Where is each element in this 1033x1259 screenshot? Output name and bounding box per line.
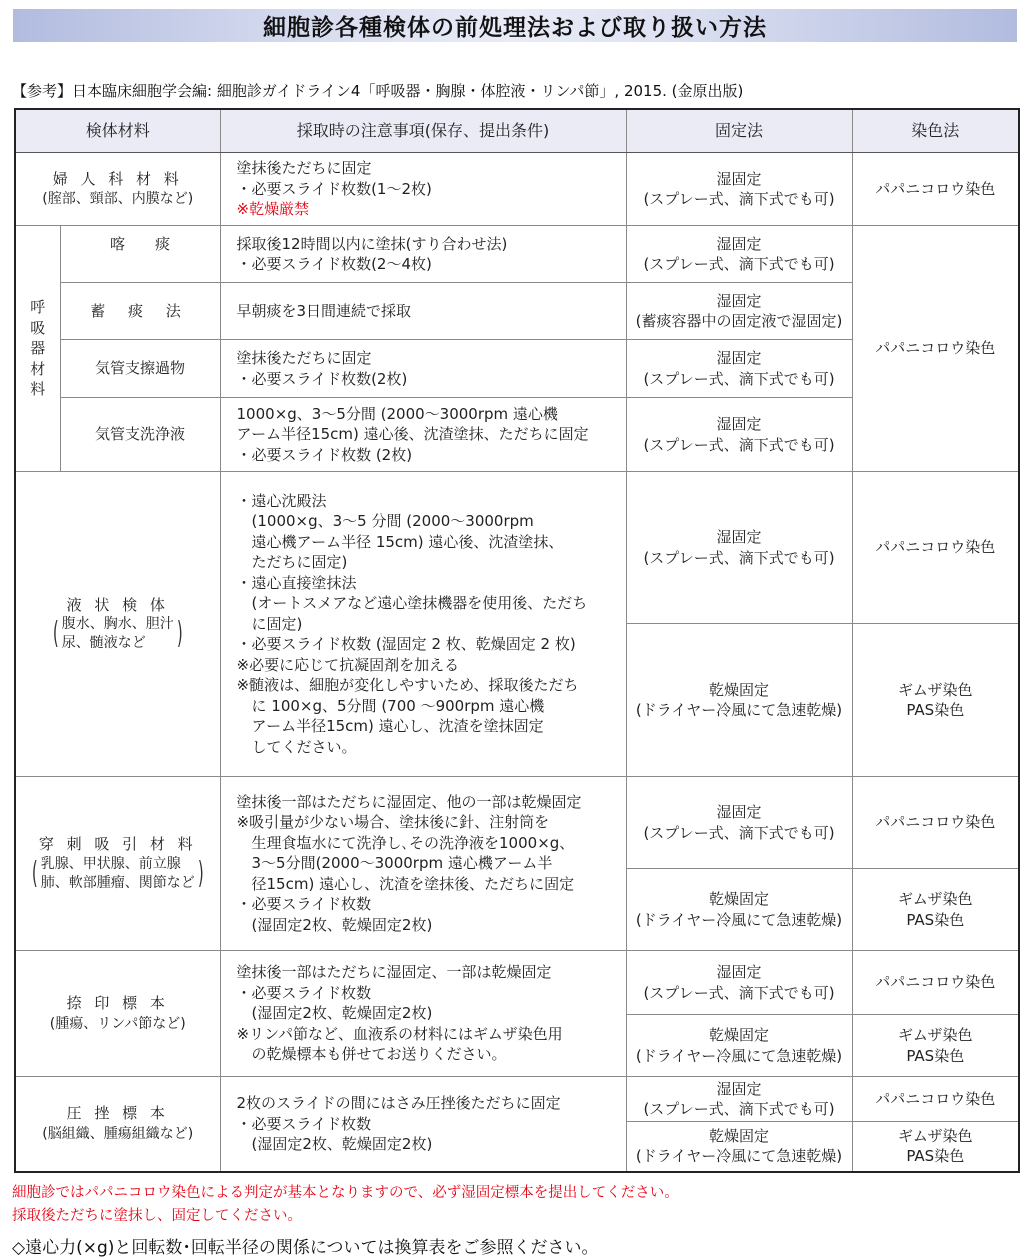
- table-header-row: 検体材料 採取時の注意事項(保存、提出条件) 固定法 染色法: [15, 109, 1019, 153]
- note-line: 3〜5分間(2000〜3000rpm 遠心機アーム半: [237, 853, 622, 874]
- paren-open: (: [32, 855, 38, 893]
- stain-method: ギムザ染色: [853, 680, 1019, 701]
- note-line: ・必要スライド枚数: [237, 1114, 622, 1135]
- note-line: 2枚のスライドの間にはさみ圧挫後ただちに固定: [237, 1093, 622, 1114]
- note-line: ・必要スライド枚数(2〜4枚): [237, 254, 622, 275]
- title-bar: 細胞診各種検体の前処理法および取り扱い方法: [13, 9, 1017, 42]
- specimen-wash: 気管支洗浄液: [60, 398, 220, 472]
- sub-line: 乳腺、甲状腺、前立腺: [41, 855, 195, 874]
- fix-imprint-dry: 乾燥固定 (ドライヤー冷風にて急速乾燥): [626, 1015, 852, 1077]
- paren-open: (: [53, 615, 59, 653]
- notes-brush: 塗抹後ただちに固定 ・必要スライド枚数(2枚): [220, 340, 626, 398]
- resp-group-label: 呼 吸 器 材 料: [15, 226, 60, 472]
- group-char: 料: [16, 379, 60, 400]
- table-row-imprint-wet: 捺 印 標 本 (腫瘍、リンパ節など) 塗抹後一部はただちに湿固定、一部は乾燥固…: [15, 951, 1019, 1015]
- specimen-name: 捺 印 標 本: [16, 993, 220, 1014]
- specimen-sub: (腫瘍、リンパ節など): [16, 1014, 220, 1035]
- note-line: 早朝痰を3日間連続で採取: [237, 301, 622, 322]
- fix-method: 湿固定: [627, 962, 852, 983]
- specimen-fna: 穿 刺 吸 引 材 料 ( 乳腺、甲状腺、前立腺 肺、軟部腫瘤、関節など ): [15, 777, 220, 951]
- note-line: に 100×g、5分間 (700 〜900rpm 遠心機: [237, 696, 622, 717]
- sub-lines: 腹水、胸水、胆汁 尿、髄液など: [62, 615, 174, 653]
- specimen-sub: (脳組織、腫瘍組織など): [16, 1124, 220, 1145]
- stain-method: PAS染色: [853, 700, 1019, 721]
- sub-line: 腹水、胸水、胆汁: [62, 615, 174, 634]
- fix-detail: (ドライヤー冷風にて急速乾燥): [627, 700, 852, 721]
- specimen-sub: ( 乳腺、甲状腺、前立腺 肺、軟部腫瘤、関節など ): [29, 855, 206, 893]
- fix-detail: (スプレー式、滴下式でも可): [627, 189, 852, 210]
- specimen-name: 圧 挫 標 本: [16, 1103, 220, 1124]
- reference-citation: 【参考】日本臨床細胞学会編: 細胞診ガイドライン4「呼吸器・胸腺・体腔液・リンパ…: [12, 80, 743, 101]
- footer-warning-2: 採取後ただちに塗抹し、固定してください。: [12, 1204, 302, 1225]
- note-line: 塗抹後ただちに固定: [237, 348, 622, 369]
- stain-method: PAS染色: [853, 1046, 1019, 1067]
- stain-gyn: パパニコロウ染色: [852, 153, 1019, 226]
- specimen-crush: 圧 挫 標 本 (脳組織、腫瘍組織など): [15, 1077, 220, 1172]
- note-line: (オートスメアなど遠心塗抹機器を使用後、ただち: [237, 593, 622, 614]
- specimen-brush: 気管支擦過物: [60, 340, 220, 398]
- fix-detail: (スプレー式、滴下式でも可): [627, 1099, 852, 1120]
- fix-method: 乾燥固定: [627, 680, 852, 701]
- fix-method: 乾燥固定: [627, 889, 852, 910]
- footer-warning-1: 細胞診ではパパニコロウ染色による判定が基本となりますので、必ず湿固定標本を提出し…: [12, 1181, 679, 1202]
- table-row-resp-sputum: 呼 吸 器 材 料 喀 痰 採取後12時間以内に塗抹(すり合わせ法) ・必要スラ…: [15, 226, 1019, 283]
- note-line: ※リンパ節など、血液系の材料にはギムザ染色用: [237, 1024, 622, 1045]
- fix-gyn: 湿固定 (スプレー式、滴下式でも可): [626, 153, 852, 226]
- note-line: ・遠心直接塗抹法: [237, 573, 622, 594]
- note-line: 塗抹後ただちに固定: [237, 158, 622, 179]
- note-line: ※吸引量が少ない場合、塗抹後に針、注射筒を: [237, 812, 622, 833]
- sub-line: 肺、軟部腫瘤、関節など: [41, 874, 195, 893]
- notes-fna: 塗抹後一部はただちに湿固定、他の一部は乾燥固定 ※吸引量が少ない場合、塗抹後に針…: [220, 777, 626, 951]
- stain-liquid-wet: パパニコロウ染色: [852, 472, 1019, 624]
- note-line: ※髄液は、細胞が変化しやすいため、採取後ただち: [237, 675, 622, 696]
- note-line: 径15cm) 遠心し、沈渣を塗抹後、ただちに固定: [237, 874, 622, 895]
- stain-method: ギムザ染色: [853, 889, 1019, 910]
- notes-gyn: 塗抹後ただちに固定 ・必要スライド枚数(1〜2枚) ※乾燥厳禁: [220, 153, 626, 226]
- group-char: 材: [16, 359, 60, 380]
- fix-detail: (スプレー式、滴下式でも可): [627, 548, 852, 569]
- note-line: 生理食塩水にて洗浄し､その洗浄液を1000×g、: [237, 833, 622, 854]
- fix-wash: 湿固定 (スプレー式、滴下式でも可): [626, 398, 852, 472]
- table-row-liquid-wet: 液 状 検 体 ( 腹水、胸水、胆汁 尿、髄液など ) ・遠心沈殿法 (1000…: [15, 472, 1019, 624]
- fix-detail: (スプレー式、滴下式でも可): [627, 254, 852, 275]
- sub-lines: 乳腺、甲状腺、前立腺 肺、軟部腫瘤、関節など: [41, 855, 195, 893]
- page-title: 細胞診各種検体の前処理法および取り扱い方法: [263, 9, 767, 42]
- fix-method: 湿固定: [627, 291, 852, 312]
- paren-close: ): [177, 615, 183, 653]
- fix-method: 乾燥固定: [627, 1126, 852, 1147]
- header-fixation: 固定法: [626, 109, 852, 153]
- notes-wash: 1000×g、3〜5分間 (2000〜3000rpm 遠心機 アーム半径15cm…: [220, 398, 626, 472]
- fix-detail: (スプレー式、滴下式でも可): [627, 823, 852, 844]
- specimen-name: 穿 刺 吸 引 材 料: [16, 834, 220, 855]
- stain-resp: パパニコロウ染色: [852, 226, 1019, 472]
- note-line: 塗抹後一部はただちに湿固定、一部は乾燥固定: [237, 962, 622, 983]
- fix-imprint-wet: 湿固定 (スプレー式、滴下式でも可): [626, 951, 852, 1015]
- stain-imprint-wet: パパニコロウ染色: [852, 951, 1019, 1015]
- fix-crush-dry: 乾燥固定 (ドライヤー冷風にて急速乾燥): [626, 1122, 852, 1172]
- table-row-fna-wet: 穿 刺 吸 引 材 料 ( 乳腺、甲状腺、前立腺 肺、軟部腫瘤、関節など ) 塗…: [15, 777, 1019, 869]
- stain-liquid-dry: ギムザ染色 PAS染色: [852, 624, 1019, 777]
- stain-imprint-dry: ギムザ染色 PAS染色: [852, 1015, 1019, 1077]
- note-line: アーム半径15cm) 遠心し、沈渣を塗抹固定: [237, 716, 622, 737]
- fix-liquid-dry: 乾燥固定 (ドライヤー冷風にて急速乾燥): [626, 624, 852, 777]
- warning-line: ※乾燥厳禁: [237, 199, 622, 220]
- group-char: 呼: [16, 297, 60, 318]
- notes-sputum: 採取後12時間以内に塗抹(すり合わせ法) ・必要スライド枚数(2〜4枚): [220, 226, 626, 283]
- fix-detail: (スプレー式、滴下式でも可): [627, 435, 852, 456]
- notes-crush: 2枚のスライドの間にはさみ圧挫後ただちに固定 ・必要スライド枚数 (湿固定2枚、…: [220, 1077, 626, 1172]
- note-line: ・必要スライド枚数: [237, 894, 622, 915]
- header-notes: 採取時の注意事項(保存、提出条件): [220, 109, 626, 153]
- fix-sputum: 湿固定 (スプレー式、滴下式でも可): [626, 226, 852, 283]
- note-line: ただちに固定): [237, 552, 622, 573]
- fix-fna-dry: 乾燥固定 (ドライヤー冷風にて急速乾燥): [626, 869, 852, 951]
- fix-detail: (スプレー式、滴下式でも可): [627, 369, 852, 390]
- note-line: ・必要スライド枚数: [237, 983, 622, 1004]
- note-line: ・必要スライド枚数(2枚): [237, 369, 622, 390]
- note-line: に固定): [237, 614, 622, 635]
- header-staining: 染色法: [852, 109, 1019, 153]
- specimen-gyn: 婦 人 科 材 料 (腟部、頸部、内膜など): [15, 153, 220, 226]
- note-line: 遠心機アーム半径 15cm) 遠心後、沈渣塗抹、: [237, 532, 622, 553]
- notes-liquid: ・遠心沈殿法 (1000×g、3〜5 分間 (2000〜3000rpm 遠心機ア…: [220, 472, 626, 777]
- fix-crush-wet: 湿固定 (スプレー式、滴下式でも可): [626, 1077, 852, 1122]
- group-char: 吸: [16, 318, 60, 339]
- note-line: (湿固定2枚、乾燥固定2枚): [237, 915, 622, 936]
- stain-crush-dry: ギムザ染色 PAS染色: [852, 1122, 1019, 1172]
- specimen-name: 液 状 検 体: [16, 595, 220, 616]
- specimen-imprint: 捺 印 標 本 (腫瘍、リンパ節など): [15, 951, 220, 1077]
- fix-method: 湿固定: [627, 1079, 852, 1100]
- sub-line: 尿、髄液など: [62, 634, 174, 653]
- table-row-gyn: 婦 人 科 材 料 (腟部、頸部、内膜など) 塗抹後ただちに固定 ・必要スライド…: [15, 153, 1019, 226]
- fix-method: 湿固定: [627, 414, 852, 435]
- fix-method: 乾燥固定: [627, 1025, 852, 1046]
- table-row-crush-wet: 圧 挫 標 本 (脳組織、腫瘍組織など) 2枚のスライドの間にはさみ圧挫後ただち…: [15, 1077, 1019, 1122]
- note-line: 塗抹後一部はただちに湿固定、他の一部は乾燥固定: [237, 792, 622, 813]
- note-line: (湿固定2枚、乾燥固定2枚): [237, 1003, 622, 1024]
- notes-pooled: 早朝痰を3日間連続で採取: [220, 283, 626, 340]
- note-line: アーム半径15cm) 遠心後、沈渣塗抹、ただちに固定: [237, 424, 622, 445]
- footer-conversion-note: ◇遠心力(×g)と回転数･回転半径の関係については換算表をご参照ください。: [12, 1233, 599, 1258]
- fix-method: 湿固定: [627, 527, 852, 548]
- stain-fna-wet: パパニコロウ染色: [852, 777, 1019, 869]
- fix-method: 湿固定: [627, 234, 852, 255]
- specimen-sputum: 喀 痰: [60, 226, 220, 283]
- fix-detail: (ドライヤー冷風にて急速乾燥): [627, 910, 852, 931]
- fix-pooled: 湿固定 (蓄痰容器中の固定液で湿固定): [626, 283, 852, 340]
- note-line: 1000×g、3〜5分間 (2000〜3000rpm 遠心機: [237, 404, 622, 425]
- fix-detail: (ドライヤー冷風にて急速乾燥): [627, 1046, 852, 1067]
- note-line: ・遠心沈殿法: [237, 491, 622, 512]
- note-line: (1000×g、3〜5 分間 (2000〜3000rpm: [237, 511, 622, 532]
- specimen-table: 検体材料 採取時の注意事項(保存、提出条件) 固定法 染色法 婦 人 科 材 料…: [14, 108, 1020, 1173]
- stain-method: PAS染色: [853, 1146, 1019, 1167]
- stain-method: ギムザ染色: [853, 1025, 1019, 1046]
- specimen-sub: ( 腹水、胸水、胆汁 尿、髄液など ): [50, 615, 185, 653]
- header-specimen: 検体材料: [15, 109, 220, 153]
- group-char: 器: [16, 338, 60, 359]
- stain-crush-wet: パパニコロウ染色: [852, 1077, 1019, 1122]
- fix-method: 湿固定: [627, 348, 852, 369]
- stain-fna-dry: ギムザ染色 PAS染色: [852, 869, 1019, 951]
- fix-detail: (蓄痰容器中の固定液で湿固定): [627, 311, 852, 332]
- fix-fna-wet: 湿固定 (スプレー式、滴下式でも可): [626, 777, 852, 869]
- specimen-pooled: 蓄 痰 法: [60, 283, 220, 340]
- fix-detail: (スプレー式、滴下式でも可): [627, 983, 852, 1004]
- notes-imprint: 塗抹後一部はただちに湿固定、一部は乾燥固定 ・必要スライド枚数 (湿固定2枚、乾…: [220, 951, 626, 1077]
- fix-liquid-wet: 湿固定 (スプレー式、滴下式でも可): [626, 472, 852, 624]
- specimen-sub: (腟部、頸部、内膜など): [16, 189, 220, 210]
- fix-detail: (ドライヤー冷風にて急速乾燥): [627, 1146, 852, 1167]
- specimen-liquid: 液 状 検 体 ( 腹水、胸水、胆汁 尿、髄液など ): [15, 472, 220, 777]
- note-line: ・必要スライド枚数 (湿固定 2 枚、乾燥固定 2 枚): [237, 634, 622, 655]
- paren-close: ): [198, 855, 204, 893]
- note-line: ※必要に応じて抗凝固剤を加える: [237, 655, 622, 676]
- note-line: の乾燥標本も併せてお送りください。: [237, 1044, 622, 1065]
- note-line: ・必要スライド枚数(1〜2枚): [237, 179, 622, 200]
- note-line: ・必要スライド枚数 (2枚): [237, 445, 622, 466]
- specimen-name: 婦 人 科 材 料: [16, 169, 220, 190]
- fix-method: 湿固定: [627, 802, 852, 823]
- note-line: してください。: [237, 737, 622, 758]
- note-line: (湿固定2枚、乾燥固定2枚): [237, 1134, 622, 1155]
- specimen-name: 喀 痰: [110, 235, 170, 253]
- fix-brush: 湿固定 (スプレー式、滴下式でも可): [626, 340, 852, 398]
- stain-method: ギムザ染色: [853, 1126, 1019, 1147]
- note-line: 採取後12時間以内に塗抹(すり合わせ法): [237, 234, 622, 255]
- stain-method: PAS染色: [853, 910, 1019, 931]
- fix-method: 湿固定: [627, 169, 852, 190]
